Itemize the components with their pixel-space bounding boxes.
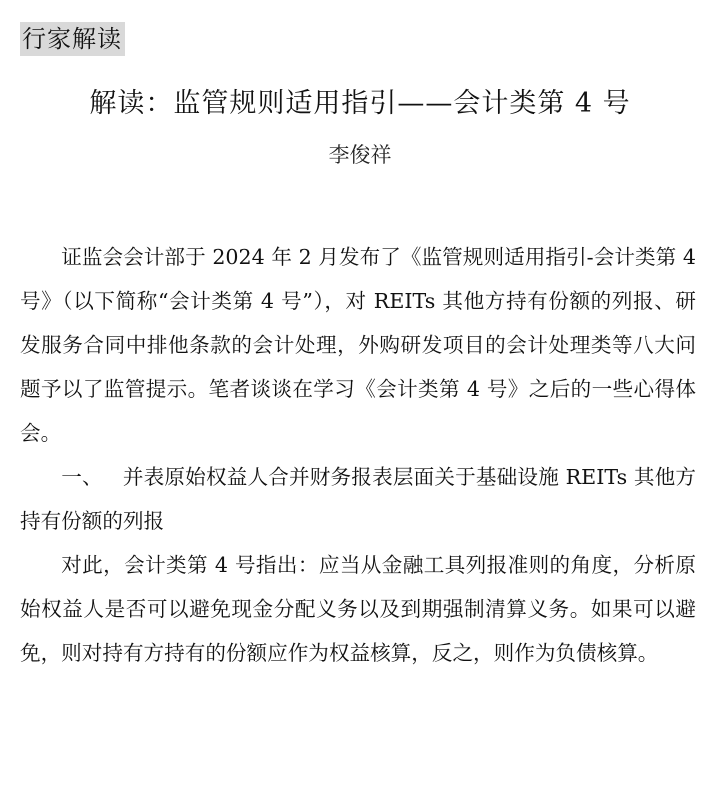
section-number: 一、 xyxy=(61,465,103,489)
category-label: 行家解读 xyxy=(20,22,125,56)
document-body: 证监会会计部于 2024 年 2 月发布了《监管规则适用指引-会计类第 4 号》… xyxy=(20,235,696,675)
section-paragraph: 对此，会计类第 4 号指出：应当从金融工具列报准则的角度，分析原始权益人是否可以… xyxy=(20,543,696,675)
section-heading: 一、并表原始权益人合并财务报表层面关于基础设施 REITs 其他方持有份额的列报 xyxy=(20,455,696,543)
document-title: 解读：监管规则适用指引——会计类第 4 号 xyxy=(0,82,720,126)
document-author: 李俊祥 xyxy=(0,138,720,172)
section-heading-text: 并表原始权益人合并财务报表层面关于基础设施 REITs 其他方持有份额的列报 xyxy=(20,465,696,533)
intro-paragraph: 证监会会计部于 2024 年 2 月发布了《监管规则适用指引-会计类第 4 号》… xyxy=(20,235,696,455)
